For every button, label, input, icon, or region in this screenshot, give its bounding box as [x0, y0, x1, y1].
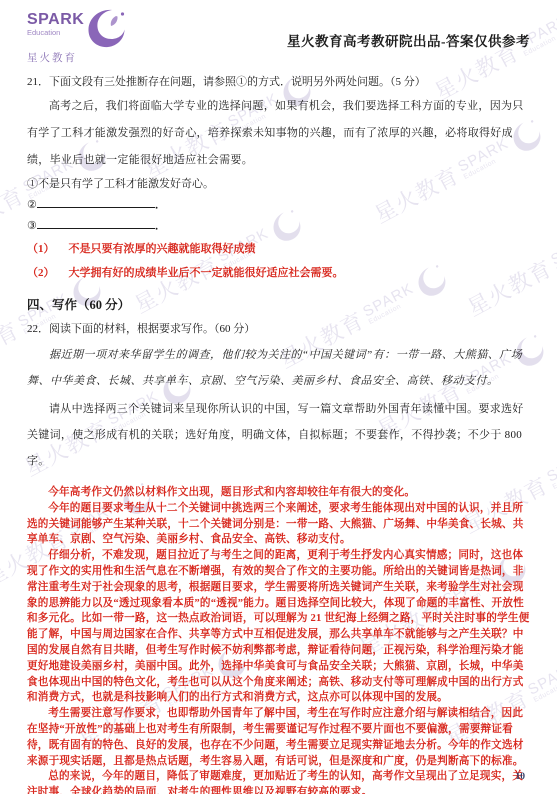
- answer-1-number: （1）: [27, 243, 55, 255]
- answer-2-text: 大学拥有好的成绩毕业后不一定就能很好适应社会需要。: [69, 267, 344, 279]
- blank-3-period: ．: [155, 220, 166, 232]
- blank-3-underline: [37, 216, 155, 229]
- header-title: 星火教育高考教研院出品-答案仅供参考: [287, 30, 530, 50]
- spark-education-logo: SPARK Education 星火教育: [27, 12, 126, 65]
- page-content: SPARK Education 星火教育 星火教育高考教研院出品-答案仅供参考 …: [0, 0, 557, 794]
- logo-education-text: Education: [27, 29, 84, 37]
- logo-spark-text: SPARK: [27, 12, 84, 28]
- blank-3-number: ③: [27, 220, 37, 232]
- question-21-blank-3: ③．: [27, 216, 530, 237]
- analysis-commentary: 今年高考作文仍然以材料作文出现，题目形式和内容却较往年有很大的变化。 今年的题目…: [27, 485, 530, 794]
- spark-flame-icon: [86, 8, 126, 48]
- answer-1-text: 不是只要有浓厚的兴趣就能取得好成绩: [69, 243, 256, 255]
- analysis-paragraph: 考生需要注意写作要求，也即帮助外国青年了解中国，考生在写作时应注意介绍与解读相结…: [27, 706, 530, 769]
- analysis-paragraph: 今年高考作文仍然以材料作文出现，题目形式和内容却较往年有很大的变化。: [27, 485, 530, 501]
- blank-2-number: ②: [27, 199, 37, 211]
- page-number: 10: [516, 772, 526, 782]
- document-page: 星火教育SPARKEducation星火教育SPARKEducation星火教育…: [0, 0, 557, 794]
- analysis-paragraph: 总的来说，今年的题目，降低了审题难度，更加贴近了考生的认知，高考作文呈现出了立足…: [27, 769, 530, 794]
- question-21-example: ①不是只有学了工科才能激发好奇心。: [27, 174, 530, 195]
- question-22-title: 22．阅读下面的材料，根据要求写作。（60 分）: [27, 321, 530, 337]
- question-22-material: 据近期一项对来华留学生的调查，他们较为关注的“中国关键词”有：一带一路、大熊猫、…: [27, 342, 530, 394]
- analysis-paragraph: 今年的题目要求考生从十二个关键词中挑选两三个来阐述，要求考生能体现出对中国的认识…: [27, 501, 530, 548]
- blank-2-period: ．: [155, 199, 166, 211]
- blank-2-underline: [37, 195, 155, 208]
- logo-cjk-text: 星火教育: [27, 50, 126, 65]
- section-4-heading: 四、写作（60 分）: [27, 297, 530, 313]
- answer-2-number: （2）: [27, 267, 55, 279]
- question-22-prompt: 请从中选择两三个关键词来呈现你所认识的中国，写一篇文章帮助外国青年读懂中国。要求…: [27, 396, 530, 474]
- answer-2: （2）大学拥有好的成绩毕业后不一定就能很好适应社会需要。: [27, 261, 530, 285]
- question-21-blank-2: ②．: [27, 195, 530, 216]
- page-header: SPARK Education 星火教育 星火教育高考教研院出品-答案仅供参考: [27, 12, 530, 70]
- analysis-paragraph: 仔细分析，不难发现，题目拉近了与考生之间的距离，更利于考生抒发内心真实情感；同时…: [27, 548, 530, 706]
- question-21-title: 21．下面文段有三处推断存在问题，请参照①的方式．说明另外两处问题。（5 分）: [27, 74, 530, 90]
- answer-1: （1）不是只要有浓厚的兴趣就能取得好成绩: [27, 237, 530, 261]
- question-21-passage: 高考之后，我们将面临大学专业的选择问题，如果有机会，我们要选择工科方面的专业，因…: [27, 93, 530, 174]
